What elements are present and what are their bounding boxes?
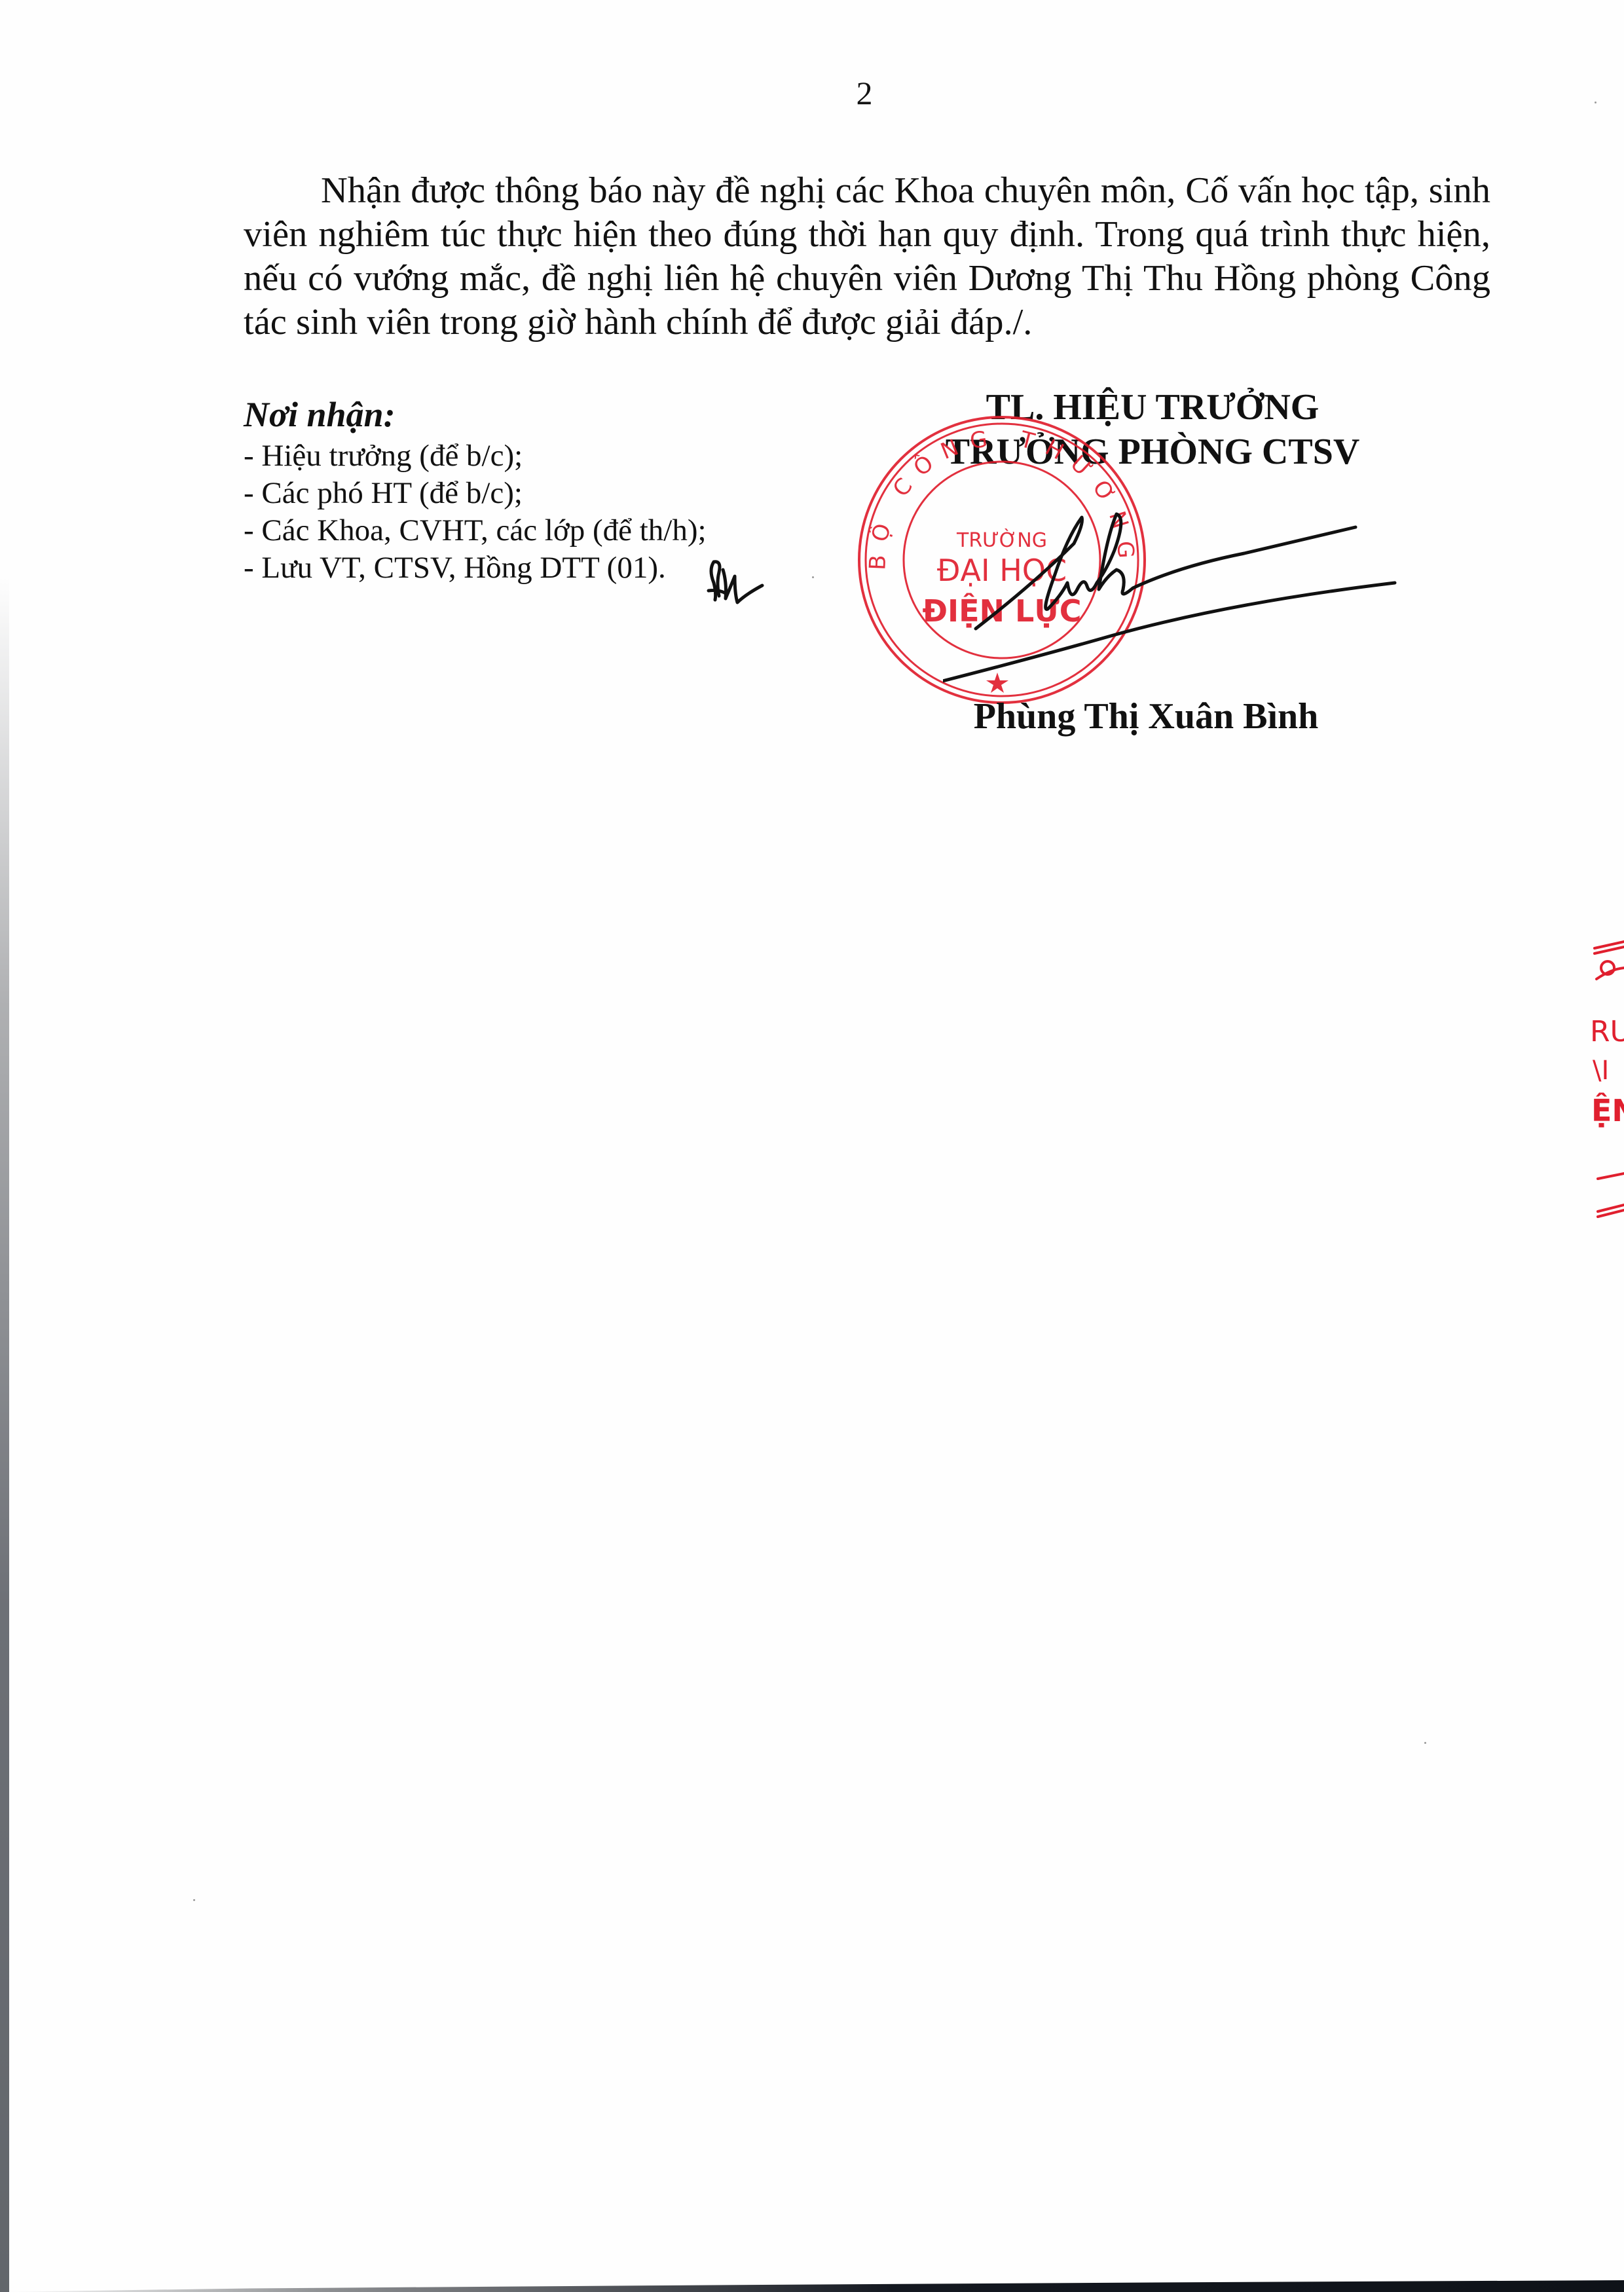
recipient-item: - Các Khoa, CVHT, các lớp (để th/h); [244,512,833,549]
scan-left-edge [0,576,9,2292]
signer-name: Phùng Thị Xuân Bình [917,694,1375,739]
handwritten-initials-icon [699,557,778,609]
page-number: 2 [0,73,1624,113]
scan-bottom-edge [0,2280,1624,2292]
body-paragraph: Nhận được thông báo này đề nghị các Khoa… [244,169,1490,344]
edge-seal-fragment: RƯ [1590,1015,1624,1048]
scan-speck [193,1899,195,1901]
handwritten-signature-icon [943,498,1414,694]
partial-edge-seal-stamp: RƯ \I ỆN [1559,917,1624,1244]
recipient-item: - Các phó HT (để b/c); [244,475,833,512]
recipients-title: Nơi nhận: [244,393,833,436]
scan-speck [1424,1742,1426,1744]
recipient-item: - Hiệu trưởng (để b/c); [244,437,833,475]
edge-seal-fragment: ỆN [1591,1093,1624,1128]
edge-seal-fragment: \I [1593,1056,1609,1086]
